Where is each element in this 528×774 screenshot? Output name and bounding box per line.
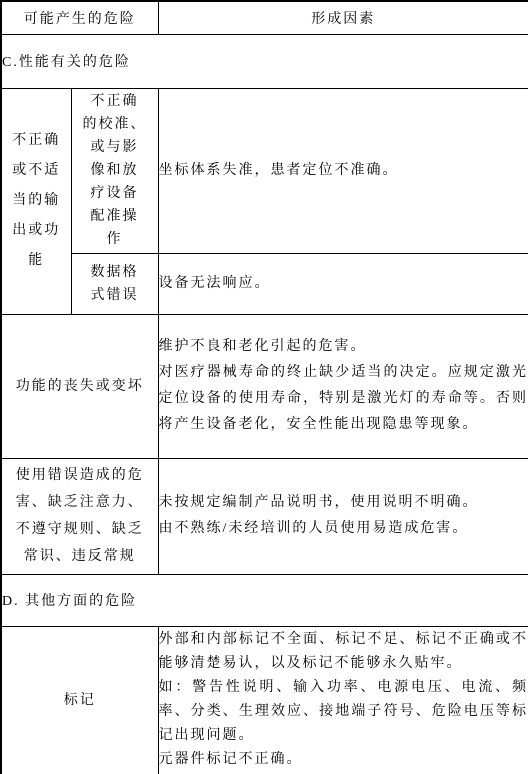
incorrect-output-subrow-2: 数据格 式错误 设备无法响应。	[1, 253, 528, 314]
hazard-function-loss-cell: 功能的丧失或变坏	[1, 314, 158, 458]
factor-no-response-cell: 设备无法响应。	[158, 253, 528, 314]
use-error-row: 使用错误造成的危 害、缺乏注意力、 不遵守规则、缺乏 常识、违反常规 未按规定编…	[1, 458, 528, 574]
hazard-use-error-cell: 使用错误造成的危 害、缺乏注意力、 不遵守规则、缺乏 常识、违反常规	[1, 458, 158, 574]
hazard-sub-calibration-cell: 不正确 的校准、 或与影 像和放 疗设备 配准操 作	[71, 88, 158, 253]
document-page: 可能产生的危险 形成因素 C.性能有关的危险 不正确 或不适 当的输 出或功 能…	[0, 0, 528, 774]
factor-coordinate-cell: 坐标体系失准，患者定位不准确。	[158, 88, 528, 253]
section-d-title: D. 其他方面的危险	[1, 574, 528, 626]
incorrect-output-subrow-1: 不正确 或不适 当的输 出或功 能 不正确 的校准、 或与影 像和放 疗设备 配…	[1, 88, 528, 253]
hazard-incorrect-output-cell: 不正确 或不适 当的输 出或功 能	[1, 88, 71, 314]
function-loss-row: 功能的丧失或变坏 维护不良和老化引起的危害。 对医疗器械寿命的终止缺少适当的决定…	[1, 314, 528, 458]
hazard-table: 可能产生的危险 形成因素 C.性能有关的危险 不正确 或不适 当的输 出或功 能…	[0, 0, 528, 774]
section-d-row: D. 其他方面的危险	[1, 574, 528, 626]
factor-marking-cell: 外部和内部标记不全面、标记不足、标记不正确或不能够清楚易认，以及标记不能够永久贴…	[158, 626, 528, 774]
section-c-title: C.性能有关的危险	[1, 34, 528, 88]
hazard-marking-cell: 标记	[1, 626, 158, 774]
section-c-row: C.性能有关的危险	[1, 34, 528, 88]
factor-function-loss-cell: 维护不良和老化引起的危害。 对医疗器械寿命的终止缺少适当的决定。应规定激光定位设…	[158, 314, 528, 458]
header-factor-column: 形成因素	[158, 1, 528, 34]
factor-use-error-cell: 未按规定编制产品说明书，使用说明不明确。 由不熟练/未经培训的人员使用易造成危害…	[158, 458, 528, 574]
marking-row: 标记 外部和内部标记不全面、标记不足、标记不正确或不能够清楚易认，以及标记不能够…	[1, 626, 528, 774]
hazard-sub-data-format-cell: 数据格 式错误	[71, 253, 158, 314]
header-hazard-column: 可能产生的危险	[1, 1, 158, 34]
table-header-row: 可能产生的危险 形成因素	[1, 1, 528, 34]
